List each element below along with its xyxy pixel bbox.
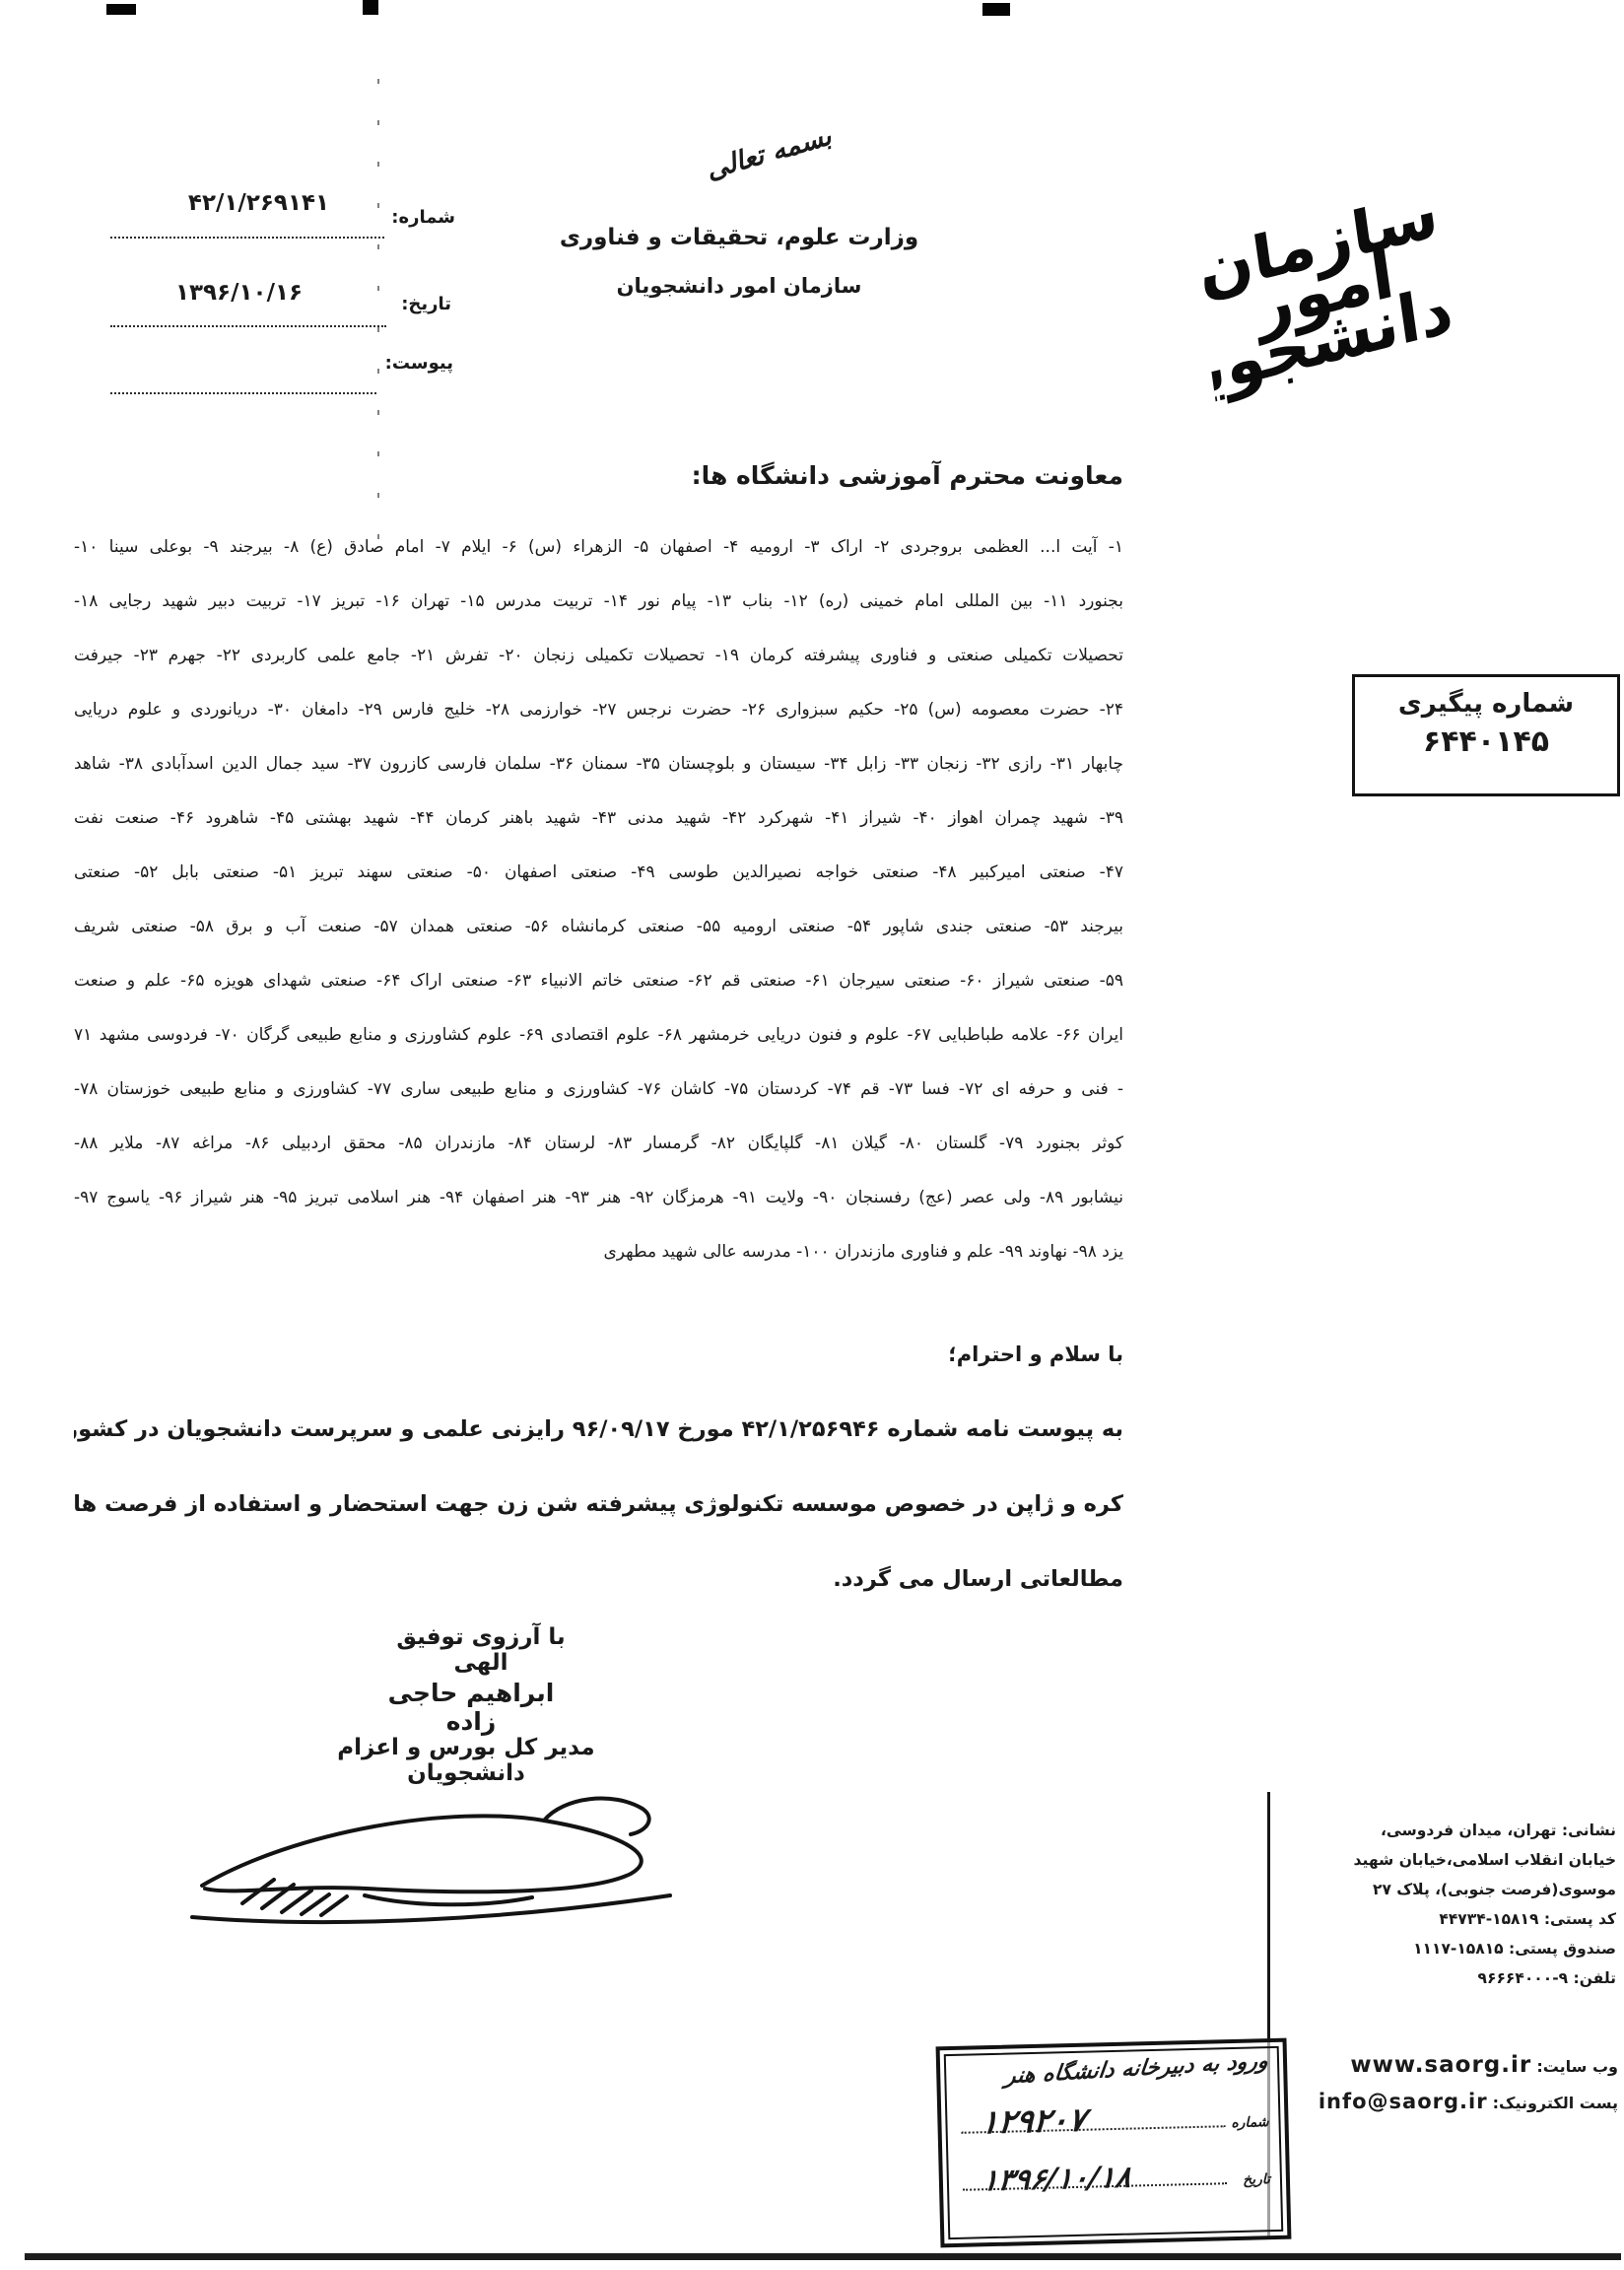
- letter-date-value: ۱۳۹۶/۱۰/۱۶: [128, 280, 350, 306]
- tracking-number-box: شماره پیگیری ۶۴۴۰۱۴۵: [1352, 674, 1620, 796]
- website-label: وب سایت:: [1536, 2057, 1618, 2076]
- address-line: کد پستی: ۱۵۸۱۹-۴۴۷۳۴: [1276, 1904, 1616, 1934]
- address-line: نشانی: تهران، میدان فردوسی،: [1276, 1816, 1616, 1845]
- letter-number-label: شماره:: [386, 207, 455, 228]
- university-list-line: ۱- آیت ا... العظمی بروجردی ۲- اراک ۳- ار…: [74, 530, 1123, 585]
- entry-stamp-inner: ورود به دبیرخانه دانشگاه هنر شماره ۱۲۹۲۰…: [944, 2046, 1283, 2239]
- scan-artifact: [363, 0, 378, 15]
- email-address: info@saorg.ir: [1319, 2090, 1488, 2113]
- university-list-line: ۳۹- شهید چمران اهواز ۴۰- شیراز ۴۱- شهرکر…: [74, 801, 1123, 856]
- organization-name: سازمان امور دانشجویان: [547, 274, 931, 298]
- stamp-number-label: شماره: [1231, 2114, 1269, 2131]
- stamp-date-value: ۱۳۹۶/۱۰/۱۸: [981, 2161, 1133, 2199]
- attachment-label: پیوست:: [379, 353, 453, 374]
- university-list-line: نیشابور ۸۹- ولی عصر (عج) رفسنجان ۹۰- ولا…: [74, 1181, 1123, 1235]
- org-logo-calligraphy: سازمان امور دانشجویان: [1194, 189, 1468, 485]
- body-line-text: جهت استحضار و استفاده از فرصت های: [74, 1491, 497, 1517]
- letter-date-dots: [110, 325, 386, 327]
- body-line-text: کره و ژاپن در خصوص: [877, 1491, 1123, 1517]
- letter-number-dots: [110, 237, 384, 239]
- letter-number-value: ۴۲/۱/۲۶۹۱۴۱: [143, 190, 374, 216]
- university-list-line: ۲۴- حضرت معصومه (س) ۲۵- حکیم سبزواری ۲۶-…: [74, 693, 1123, 747]
- stamp-date-row: تاریخ ۱۳۹۶/۱۰/۱۸: [958, 2136, 1270, 2201]
- university-list-line: چابهار ۳۱- رازی ۳۲- زنجان ۳۳- زابل ۳۴- س…: [74, 747, 1123, 801]
- university-list-line: تحصیلات تکمیلی صنعتی و فناوری پیشرفته کر…: [74, 639, 1123, 693]
- signatory-name: ابراهیم حاجی زاده: [363, 1679, 579, 1736]
- recipient-heading: معاونت محترم آموزشی دانشگاه ها:: [680, 461, 1123, 490]
- bismillah-calligraphy: بسمه تعالی: [670, 111, 868, 195]
- address-line: صندوق پستی: ۱۵۸۱۵-۱۱۱۷: [1276, 1934, 1616, 1963]
- salutation: با سلام و احترام؛: [877, 1342, 1123, 1366]
- email-label: پست الکترونیک:: [1493, 2094, 1618, 2112]
- university-list-line: کوثر بجنورد ۷۹- گلستان ۸۰- گیلان ۸۱- گلپ…: [74, 1127, 1123, 1181]
- university-list-line: ۴۷- صنعتی امیرکبیر ۴۸- صنعتی خواجه نصیرا…: [74, 856, 1123, 910]
- letter-date-label: تاریخ:: [392, 294, 451, 314]
- email-row: پست الکترونیک: info@saorg.ir: [1271, 2090, 1618, 2113]
- university-list: ۱- آیت ا... العظمی بروجردی ۲- اراک ۳- ار…: [74, 530, 1123, 1289]
- body-line: مطالعاتی ارسال می گردد.: [74, 1557, 1123, 1632]
- scan-artifact-bottom-line: [25, 2253, 1621, 2260]
- scan-artifact: [982, 3, 1010, 16]
- tracking-value: ۶۴۴۰۱۴۵: [1355, 724, 1617, 759]
- address-line: موسوی(فرصت جنوبی)، پلاک ۲۷: [1276, 1875, 1616, 1904]
- body-line: کره و ژاپن در خصوص موسسه تکنولوژی پیشرفت…: [74, 1482, 1123, 1557]
- address-line: تلفن: ۹-۹۶۶۶۴۰۰۰: [1276, 1963, 1616, 1993]
- university-list-line: ۵۹- صنعتی شیراز ۶۰- صنعتی سیرجان ۶۱- صنع…: [74, 964, 1123, 1018]
- website-row: وب سایت: www.saorg.ir: [1271, 2052, 1618, 2078]
- body-line-text: مطالعاتی ارسال می گردد.: [833, 1566, 1123, 1592]
- body-paragraph: به پیوست نامه شماره ۴۲/۱/۲۵۶۹۴۶ مورخ ۹۶/…: [74, 1408, 1123, 1632]
- university-list-line: - فنی و حرفه ای ۷۲- فسا ۷۳- قم ۷۴- کردست…: [74, 1072, 1123, 1127]
- institute-name: موسسه تکنولوژی پیشرفته شن زن: [497, 1491, 877, 1517]
- attachment-dots: [110, 392, 376, 394]
- university-list-line: یزد ۹۸- نهاوند ۹۹- علم و فناوری مازندران…: [74, 1235, 1123, 1289]
- signature-scribble: [158, 1769, 710, 1942]
- university-list-line: بجنورد ۱۱- بین المللی امام خمینی (ره) ۱۲…: [74, 585, 1123, 639]
- body-line: به پیوست نامه شماره ۴۲/۱/۲۵۶۹۴۶ مورخ ۹۶/…: [74, 1408, 1123, 1482]
- letter-page: بسمه تعالی وزارت علوم، تحقیقات و فناوری …: [0, 0, 1624, 2270]
- address-block: نشانی: تهران، میدان فردوسی، خیابان انقلا…: [1276, 1816, 1616, 1993]
- stamp-number-value: ۱۲۹۲۰۷: [979, 2100, 1088, 2142]
- address-line: خیابان انقلاب اسلامی،خیابان شهید: [1276, 1845, 1616, 1875]
- fold-line: [377, 79, 379, 552]
- signature-blessing: با آرزوی توفیق الهی: [372, 1624, 589, 1676]
- ministry-name: وزارت علوم، تحقیقات و فناوری: [547, 225, 931, 250]
- university-list-line: ایران ۶۶- علامه طباطبایی ۶۷- علوم و فنون…: [74, 1018, 1123, 1072]
- website-url: www.saorg.ir: [1350, 2052, 1531, 2078]
- stamp-date-label: تاریخ: [1243, 2171, 1270, 2188]
- body-line-text: به پیوست نامه شماره ۴۲/۱/۲۵۶۹۴۶ مورخ ۹۶/…: [74, 1416, 1123, 1442]
- scan-artifact: [106, 4, 136, 15]
- tracking-label: شماره پیگیری: [1355, 689, 1617, 719]
- entry-stamp: ورود به دبیرخانه دانشگاه هنر شماره ۱۲۹۲۰…: [936, 2038, 1292, 2248]
- university-list-line: بیرجند ۵۳- صنعتی جندی شاپور ۵۴- صنعتی ار…: [74, 910, 1123, 964]
- stamp-number-row: شماره ۱۲۹۲۰۷: [957, 2079, 1269, 2144]
